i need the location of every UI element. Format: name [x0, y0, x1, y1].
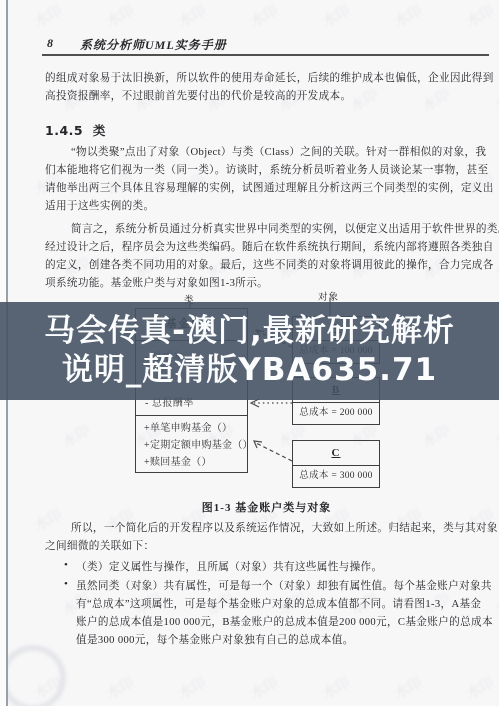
object-attribute: 总成本 = 200 000 — [293, 403, 379, 423]
object-attribute: 总成本 = 300 000 — [293, 466, 379, 486]
text-line: “物以类聚”点出了对象（Object）与类（Class）之间的关联。针对一群相似… — [71, 144, 486, 162]
promo-banner-line2: 说明_超清版YBA635.71 — [62, 351, 437, 390]
section-title: 类 — [93, 123, 106, 138]
text-line: 值是300 000元，每个基金账户对象独有自己的总成本值。 — [76, 632, 354, 650]
scanned-book-page: 水印水印水印水印水印水印水印水印水印水印水印水印水印水印水印水印水印水印水印水印… — [0, 0, 499, 706]
text-line: 所以，一个简化后的开发程序以及系统运作情况，大致如上所述。归结起来，类与其对象 — [71, 520, 498, 538]
promo-banner-overlay[interactable]: 马会传真-澳门,最新研究解析 说明_超清版YBA635.71 — [0, 302, 499, 400]
object-name: C — [293, 441, 379, 465]
uml-object-box-c: C 总成本 = 300 000 — [292, 440, 380, 488]
text-line: 请他举出两三个具体且容易理解的实例，试图通过理解且分析这两三个同类型的实例，定义… — [45, 180, 494, 198]
text-line: 之间细微的关联如下： — [45, 538, 154, 556]
bullet-marker: • — [64, 578, 68, 590]
text-line: 的组成对象易于汰旧换新，所以软件的使用寿命延长，后续的维护成本也偏低，企业因此得… — [45, 70, 494, 88]
header-rule — [42, 54, 489, 56]
text-line: 们本能地将它们视为一类（同一类）。访谈时，系统分析员听着业务人员谈论某一事物，甚… — [45, 162, 488, 180]
figure-caption: 图1-3 基金账户类与对象 — [45, 499, 488, 515]
object-attribute-compartment: 总成本 = 200 000 — [293, 403, 379, 424]
book-title: 系统分析师UML实务手册 — [80, 36, 227, 53]
class-operation: +赎回基金（） — [144, 456, 247, 469]
text-line: 的定义，创建各类不同功用的对象。最后，这些不同类的对象将调用彼此的操作，合力完成… — [45, 257, 494, 275]
class-operations-compartment: +单笔申购基金（） +定期定额申购基金（） +赎回基金（） — [136, 416, 247, 472]
text-line: 项系统功能。基金账户类与对象如图1-3所示。 — [45, 275, 268, 293]
section-heading: 1.4.5 类 — [45, 121, 106, 139]
text-line: 高投资报酬率，不过眼前首先要付出的代价是较高的开发成本。 — [45, 88, 351, 106]
text-line: 经过设计之后，程序员会为这些类编码。随后在软件系统执行期间，系统内部将遵照各类独… — [45, 239, 494, 257]
class-operation: +单笔申购基金（） — [144, 422, 247, 435]
text-line: 简言之，系统分析员通过分析真实世界中同类型的实例，以便定义出适用于软件世界的类。 — [71, 221, 499, 239]
page-number: 8 — [47, 36, 53, 51]
bullet-marker: • — [64, 559, 68, 571]
text-line: 适用于这些实例的类。 — [45, 198, 154, 216]
section-number: 1.4.5 — [45, 123, 83, 138]
text-line: 账户的总成本值是100 000元，B基金账户的总成本值是200 000元，C基金… — [76, 614, 493, 632]
object-name-compartment: C — [293, 441, 379, 466]
text-line: 虽然同类（对象）共有属性，可是每一个（对象）却独有属性值。每个基金账户对象共 — [76, 578, 492, 596]
text-line: 有“总成本”这项属性，可是每个基金账户对象的总成本值都不同。请看图1-3，A基金 — [76, 596, 481, 614]
class-operation: +定期定额申购基金（） — [144, 439, 247, 452]
object-label: 对象 — [318, 289, 339, 303]
promo-banner-line1: 马会传真-澳门,最新研究解析 — [44, 312, 455, 351]
object-attribute-compartment: 总成本 = 300 000 — [293, 466, 379, 487]
text-line: （类）定义属性与操作，且所属（对象）共有这些属性与操作。 — [76, 559, 382, 577]
